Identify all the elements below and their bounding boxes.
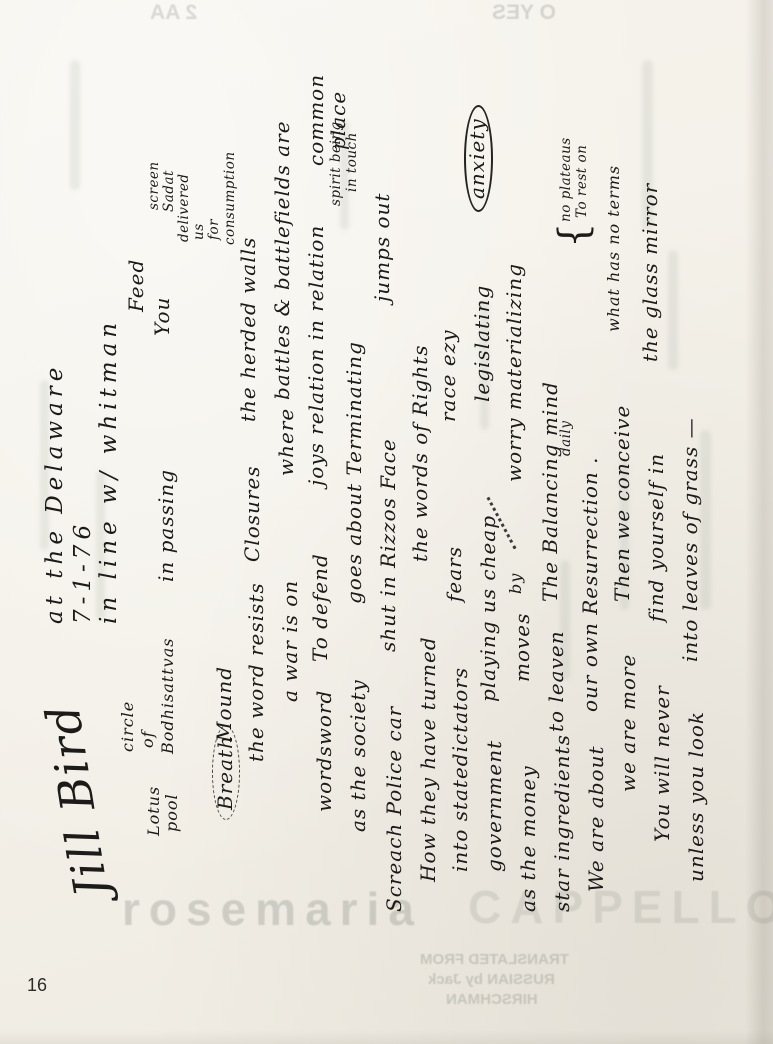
poem-segment: as the society (348, 679, 368, 832)
poem-segment: Then we conceive (612, 405, 632, 602)
poem-segment: Closures (242, 465, 262, 562)
poem-segment: Screach Police car (384, 706, 404, 912)
poem-segment: our own Resurrection . (580, 456, 600, 712)
poem-segment: for (208, 219, 222, 240)
poem-segment: Sadat (163, 170, 177, 212)
poem-segment: unless you look (686, 711, 706, 882)
poem-segment: goes about Terminating (344, 341, 364, 604)
poem-segment: screen (148, 161, 162, 210)
poem-segment: into leaves of grass — (680, 417, 700, 662)
poem-segment: The Balancing mind (540, 381, 560, 602)
poem-segment: anxiety (464, 105, 493, 212)
poem-segment: us (193, 223, 207, 240)
poem-segment: battles & battlefields are (272, 120, 292, 400)
poem-segment: spirit being (330, 121, 344, 206)
poem-segment: race ezy (438, 329, 458, 422)
poem-segment: no plateaus (560, 137, 574, 222)
scanned-zine-page: 2 AAO YESrosemariaCAPPELLOTRANSLATED FRO… (0, 0, 773, 1044)
poem-segment: shut in Rizzos Face (378, 438, 398, 652)
poem-segment: fears (444, 546, 464, 602)
poem-segment: circle (120, 701, 136, 752)
poem-segment: jumps out (372, 193, 392, 302)
poem-segment: To defend (310, 553, 330, 662)
poem-segment: Lotus (146, 786, 162, 836)
poem-segment: into statedictators (450, 667, 470, 872)
page-edge-shadow (0, 1030, 773, 1044)
poem-segment: the word resists (246, 582, 266, 762)
poem-segment: How they have turned (418, 636, 438, 882)
poem-segment: government (484, 740, 504, 872)
poem-segment: delivered (178, 174, 192, 242)
poem-segment: at the Delaware (44, 363, 67, 624)
poem-segment: wordsword (314, 690, 334, 812)
poem-segment: Feed (126, 259, 146, 312)
poem-segment: We are about (586, 746, 606, 892)
poem-author-signature: Jill Bird (39, 700, 115, 900)
poem-segment: in touch (346, 132, 360, 192)
poem-segment: in passing (156, 469, 176, 582)
poem-segment: of (140, 730, 156, 748)
poem-segment: the glass mirror (640, 183, 660, 362)
poem-segment: 7-1-76 (72, 520, 95, 624)
poem-segment: what has no terms (606, 165, 622, 332)
poem-segment: Bodhisattvas (160, 638, 176, 754)
handwritten-poem-layer: Jill Birdat the Delaware7-1-76in line w/… (0, 0, 773, 1044)
poem-segment: joys relation in relation (306, 225, 326, 486)
poem-segment: moves (512, 613, 532, 682)
poem-segment: pool (164, 793, 180, 832)
poem-segment: legislating (472, 285, 492, 402)
poem-segment: the words of Rights (410, 345, 430, 563)
poem-segment: star ingredients (552, 734, 572, 912)
page-number: 16 (27, 975, 47, 996)
poem-segment: to leaven (546, 630, 566, 732)
poem-segment: { (554, 223, 594, 248)
poem-segment: consumption (224, 151, 238, 245)
poem-segment: as the money (518, 765, 538, 912)
page-gutter-shadow (745, 0, 773, 1044)
poem-segment: a war is on (280, 580, 300, 702)
poem-segment: find yourself in (646, 453, 666, 622)
poem-segment: daily (560, 421, 574, 456)
poem-segment: playing us cheap (478, 515, 498, 702)
poem-segment: the herded walls (238, 237, 258, 422)
poem-segment: To rest on (576, 145, 590, 218)
poem-segment: by (508, 573, 524, 594)
poem-segment: Mound (214, 666, 234, 742)
poem-segment: You will never (652, 685, 672, 842)
poem-segment: worry materializing (504, 263, 524, 482)
poem-segment: we are more (618, 654, 638, 792)
poem-segment: in line w/ whitman (98, 318, 121, 624)
poem-segment: where (276, 408, 296, 476)
poem-segment: common (306, 74, 326, 166)
poem-segment: You (152, 297, 172, 336)
